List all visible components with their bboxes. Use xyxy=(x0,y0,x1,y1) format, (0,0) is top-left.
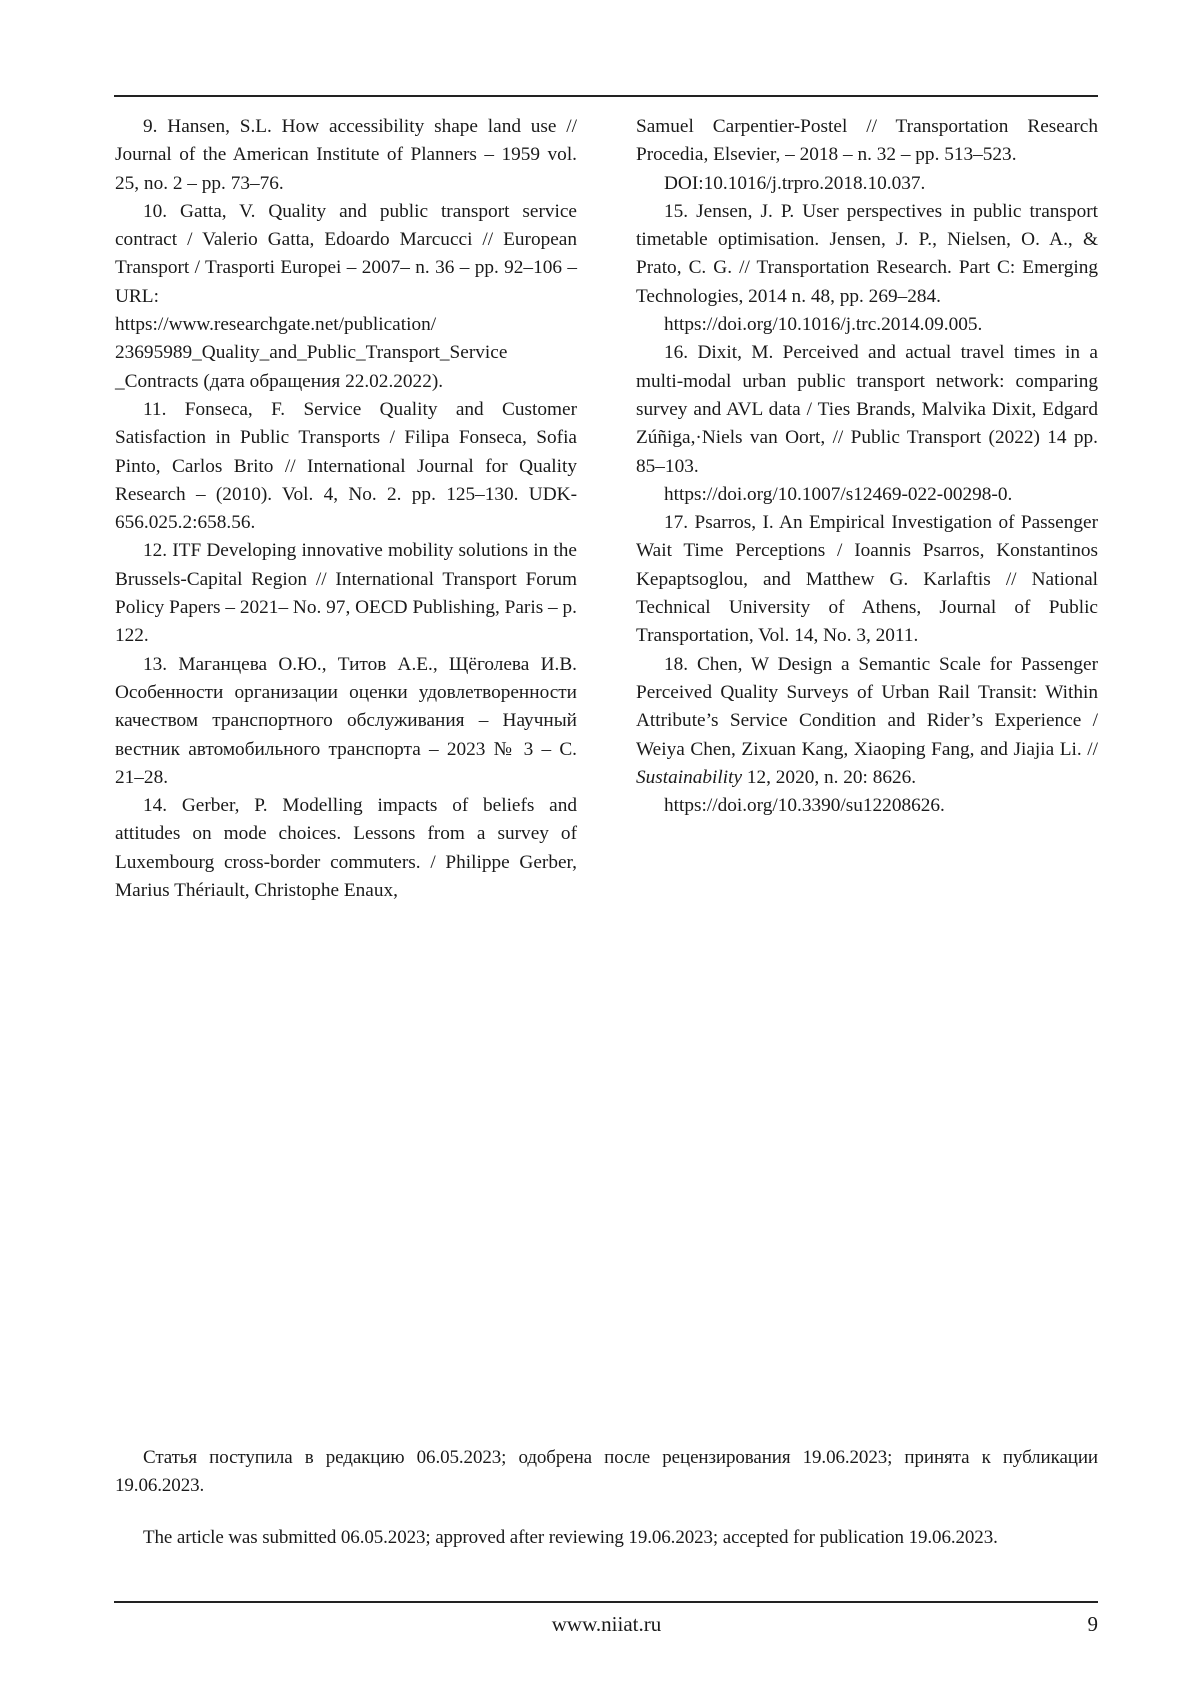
reference-number: 11. xyxy=(143,399,166,420)
submission-notes: Статья поступила в редакцию 06.05.2023; … xyxy=(115,1444,1098,1576)
reference-text: Chen, W Design a Semantic Scale for Pass… xyxy=(636,654,1098,760)
page-footer: www.niiat.ru 9 xyxy=(115,1610,1098,1638)
footer-website[interactable]: www.niiat.ru xyxy=(552,1612,661,1636)
reference-text-tail: 12, 2020, n. 20: 8626. xyxy=(742,767,916,788)
references-columns: 9. Hansen, S.L. How accessibility shape … xyxy=(115,113,1098,905)
reference-number: 15. xyxy=(664,201,688,222)
reference-13: 13. Маганцева О.Ю., Титов А.Е., Щёголева… xyxy=(115,651,577,792)
reference-text: Jensen, J. P. User perspectives in publi… xyxy=(636,201,1098,307)
reference-12: 12. ITF Developing innovative mobility s… xyxy=(115,537,577,650)
left-column: 9. Hansen, S.L. How accessibility shape … xyxy=(115,113,577,905)
reference-text: Dixit, M. Perceived and actual travel ti… xyxy=(636,342,1098,476)
reference-15: 15. Jensen, J. P. User perspectives in p… xyxy=(636,198,1098,311)
reference-15-doi[interactable]: https://doi.org/10.1016/j.trc.2014.09.00… xyxy=(636,311,1098,339)
reference-number: 13. xyxy=(143,654,167,675)
reference-text: Маганцева О.Ю., Титов А.Е., Щёголева И.В… xyxy=(115,654,577,788)
reference-url[interactable]: https://www.researchgate.net/publication… xyxy=(115,314,436,335)
reference-text: ITF Developing innovative mobility solut… xyxy=(115,540,577,646)
reference-number: 18. xyxy=(664,654,688,675)
reference-number: 10. xyxy=(143,201,167,222)
reference-11: 11. Fonseca, F. Service Quality and Cust… xyxy=(115,396,577,537)
reference-14: 14. Gerber, P. Modelling impacts of beli… xyxy=(115,792,577,905)
right-column: Samuel Carpentier-Postel // Transportati… xyxy=(636,113,1098,905)
reference-14-continuation: Samuel Carpentier-Postel // Transportati… xyxy=(636,113,1098,170)
page-number: 9 xyxy=(1088,1610,1099,1638)
reference-text: Fonseca, F. Service Quality and Customer… xyxy=(115,399,577,533)
reference-number: 9. xyxy=(143,116,157,137)
reference-16: 16. Dixit, M. Perceived and actual trave… xyxy=(636,339,1098,480)
submission-note-ru: Статья поступила в редакцию 06.05.2023; … xyxy=(115,1444,1098,1500)
reference-number: 17. xyxy=(664,512,688,533)
reference-text: Gatta, V. Quality and public transport s… xyxy=(115,201,577,307)
reference-10: 10. Gatta, V. Quality and public transpo… xyxy=(115,198,577,396)
footer-rule xyxy=(114,1601,1098,1603)
reference-text: Hansen, S.L. How accessibility shape lan… xyxy=(115,116,577,194)
reference-18-doi[interactable]: https://doi.org/10.3390/su12208626. xyxy=(636,792,1098,820)
submission-note-en: The article was submitted 06.05.2023; ap… xyxy=(115,1524,1098,1552)
reference-number: 14. xyxy=(143,795,167,816)
journal-title: Sustainability xyxy=(636,767,742,788)
reference-access-date: _Contracts (дата обращения 22.02.2022). xyxy=(115,371,443,392)
reference-number: 12. xyxy=(143,540,167,561)
reference-text: Gerber, P. Modelling impacts of beliefs … xyxy=(115,795,577,901)
reference-9: 9. Hansen, S.L. How accessibility shape … xyxy=(115,113,577,198)
reference-text: Psarros, I. An Empirical Investigation o… xyxy=(636,512,1098,646)
reference-number: 16. xyxy=(664,342,688,363)
reference-16-doi[interactable]: https://doi.org/10.1007/s12469-022-00298… xyxy=(636,481,1098,509)
reference-18: 18. Chen, W Design a Semantic Scale for … xyxy=(636,651,1098,792)
header-rule xyxy=(114,95,1098,97)
reference-14-doi[interactable]: DOI:10.1016/j.trpro.2018.10.037. xyxy=(636,170,1098,198)
reference-17: 17. Psarros, I. An Empirical Investigati… xyxy=(636,509,1098,650)
reference-url-cont[interactable]: 23695989_Quality_and_Public_Transport_Se… xyxy=(115,342,507,363)
